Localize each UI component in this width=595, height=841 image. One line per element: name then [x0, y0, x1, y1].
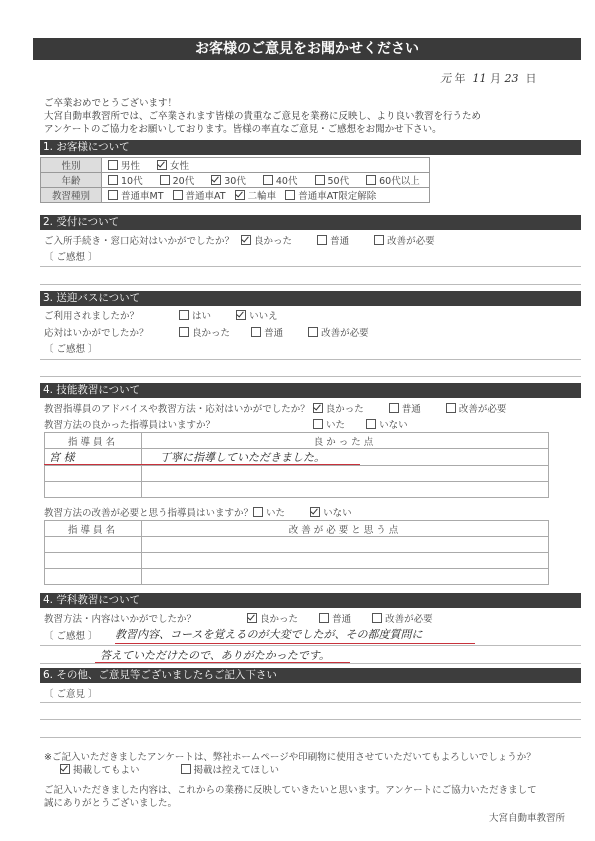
form-title: お客様のご意見をお聞かせください — [33, 38, 581, 60]
checkbox[interactable] — [366, 175, 376, 185]
shuttle-yes-option[interactable]: はい — [179, 308, 211, 322]
col-good-point: 良かった点 — [142, 433, 549, 449]
classroom-comment-line1[interactable]: 教習内容、コースを覚えるのが大変でしたが、その都度質問に — [115, 626, 422, 642]
thanks-text: ご記入いただきました内容は、これからの業務に反映していきたいと思います。アンケー… — [44, 784, 537, 810]
col-instructor-name: 指導員名 — [45, 433, 142, 449]
option-label: 普通車AT限定解除 — [298, 191, 376, 202]
intro-line: アンケートのご協力をお願いしております。皆様の率直なご意見・ご感想をお聞かせ下さ… — [44, 123, 481, 136]
shuttle-service-row: 応対はいかがでしたか？ 良かった 普通 改善が必要 — [44, 325, 383, 339]
practical-normal-option[interactable]: 普通 — [389, 401, 421, 415]
checkbox[interactable] — [308, 327, 318, 337]
age-10s-option[interactable]: 10代 — [108, 173, 143, 187]
classroom-improve-option[interactable]: 改善が必要 — [372, 611, 433, 625]
checkbox-checked[interactable] — [247, 613, 257, 623]
section-customer-heading: 1. お客様について — [40, 140, 581, 155]
option-label: 二輪車 — [248, 191, 277, 202]
reception-good-option[interactable]: 良かった — [241, 233, 292, 247]
course-motorcycle-option[interactable]: 二輪車 — [235, 188, 277, 202]
good-instructor-no-option[interactable]: いない — [366, 417, 408, 431]
comment-line[interactable] — [40, 702, 581, 703]
checkbox[interactable] — [372, 613, 382, 623]
option-label: いた — [326, 420, 345, 431]
practical-instructor-row: 教習指導員のアドバイスや教習方法・応対はいかがでしたか？ 良かった 普通 改善が… — [44, 401, 520, 415]
thanks-line: 誠にありがとうございました。 — [44, 797, 537, 810]
school-signature: 大宮自動車教習所 — [489, 812, 565, 825]
option-label: 良かった — [254, 236, 292, 247]
date-month: 11 — [473, 72, 487, 85]
question-text: 教習方法の良かった指導員はいますか？ — [44, 417, 310, 431]
shuttle-comment-label: 〔 ご感想 〕 — [44, 341, 98, 355]
age-50s-option[interactable]: 50代 — [315, 173, 350, 187]
year-label: 年 — [455, 72, 466, 85]
bad-instructor-table: 指導員名 改善が必要と思う点 — [44, 520, 549, 585]
checkbox[interactable] — [285, 190, 295, 200]
checkbox[interactable] — [251, 327, 261, 337]
checkbox-checked[interactable] — [211, 175, 221, 185]
comment-line[interactable] — [40, 376, 581, 377]
option-label: 50代 — [328, 176, 350, 187]
section-classroom-heading: 4. 学科教習について — [40, 593, 581, 608]
checkbox[interactable] — [253, 507, 263, 517]
classroom-question-row: 教習方法・内容はいかがでしたか？ 良かった 普通 改善が必要 — [44, 611, 447, 625]
comment-line[interactable] — [40, 719, 581, 720]
checkbox[interactable] — [179, 310, 189, 320]
improve-point-cell[interactable] — [142, 569, 549, 585]
customer-info-table: 性別 男性 女性 年齢 10代 20代 30代 40代 50代 60代以上 教習… — [40, 157, 430, 203]
checkbox-checked[interactable] — [310, 507, 320, 517]
instructor-name-cell[interactable]: 宮 様 — [45, 449, 142, 466]
option-label: 60代以上 — [379, 176, 420, 187]
option-label: 掲載してもよい — [73, 765, 140, 776]
course-at-option[interactable]: 普通車AT — [173, 188, 226, 202]
option-label: 良かった — [260, 614, 298, 625]
option-label: 良かった — [192, 328, 230, 339]
option-label: 20代 — [173, 176, 195, 187]
checkbox[interactable] — [179, 327, 189, 337]
comment-line[interactable] — [40, 663, 581, 664]
option-label: 30代 — [224, 176, 246, 187]
checkbox[interactable] — [173, 190, 183, 200]
age-60plus-option[interactable]: 60代以上 — [366, 173, 420, 187]
gender-male-option[interactable]: 男性 — [108, 158, 140, 172]
shuttle-improve-option[interactable]: 改善が必要 — [308, 325, 369, 339]
checkbox[interactable] — [181, 764, 191, 774]
col-instructor-name: 指導員名 — [45, 521, 142, 537]
option-label: 改善が必要 — [385, 614, 433, 625]
checkbox[interactable] — [317, 235, 327, 245]
bad-instructor-yes-option[interactable]: いた — [253, 505, 285, 519]
shuttle-normal-option[interactable]: 普通 — [251, 325, 283, 339]
good-instructor-yes-option[interactable]: いた — [313, 417, 345, 431]
checkbox-checked[interactable] — [235, 190, 245, 200]
section-other-heading: 6. その他、ご意見等ございましたらご記入下さい — [40, 668, 581, 683]
comment-line[interactable] — [40, 645, 581, 646]
shuttle-no-option[interactable]: いいえ — [236, 308, 278, 322]
checkbox-checked[interactable] — [313, 403, 323, 413]
day-label: 日 — [526, 72, 537, 85]
checkbox-checked[interactable] — [241, 235, 251, 245]
question-text: 教習方法の改善が必要と思う指導員はいますか？ — [44, 505, 250, 519]
checkbox[interactable] — [160, 175, 170, 185]
publish-allowed-option[interactable]: 掲載してもよい — [60, 764, 140, 777]
question-text: 応対はいかがでしたか？ — [44, 325, 176, 339]
other-comment-label: 〔 ご意見 〕 — [44, 686, 98, 700]
reception-question-row: ご入所手続き・窓口応対はいかがでしたか？ 良かった 普通 改善が必要 — [44, 233, 449, 247]
checkbox[interactable] — [315, 175, 325, 185]
instructor-name-cell[interactable] — [45, 482, 142, 498]
question-text: 教習方法・内容はいかがでしたか？ — [44, 611, 244, 625]
red-underline — [115, 643, 475, 644]
good-point-cell[interactable]: 丁寧に指導していただきました。 — [142, 449, 549, 466]
age-20s-option[interactable]: 20代 — [160, 173, 195, 187]
reception-improve-option[interactable]: 改善が必要 — [374, 233, 435, 247]
checkbox[interactable] — [313, 419, 323, 429]
comment-line[interactable] — [40, 737, 581, 738]
classroom-comment-line2[interactable]: 答えていただけたので、ありがたかったです。 — [100, 647, 330, 663]
intro-text: ご卒業おめでとうございます！ 大宮自動車教習所では、ご卒業されます皆様の貴重なご… — [44, 97, 481, 136]
option-label: 40代 — [276, 176, 298, 187]
option-label: 普通 — [330, 236, 349, 247]
red-underline — [44, 464, 360, 465]
good-instructor-row: 教習方法の良かった指導員はいますか？ いた いない — [44, 417, 422, 431]
classroom-normal-option[interactable]: 普通 — [319, 611, 351, 625]
publish-permission-row: 掲載してもよい 掲載は控えてほしい — [60, 764, 293, 777]
option-label: 掲載は控えてほしい — [194, 765, 280, 776]
option-label: 女性 — [170, 161, 189, 172]
instructor-name-cell[interactable] — [45, 466, 142, 482]
thanks-line: ご記入いただきました内容は、これからの業務に反映していきたいと思います。アンケー… — [44, 784, 537, 797]
checkbox[interactable] — [319, 613, 329, 623]
instructor-name-cell[interactable] — [45, 553, 142, 569]
instructor-name-cell[interactable] — [45, 569, 142, 585]
publish-permission-question: ※ご記入いただきましたアンケートは、弊社ホームページや印刷物に使用させていただい… — [44, 751, 536, 764]
age-30s-option[interactable]: 30代 — [211, 173, 246, 187]
improve-point-cell[interactable] — [142, 553, 549, 569]
intro-line: 大宮自動車教習所では、ご卒業されます皆様の貴重なご意見を業務に反映し、より良い教… — [44, 110, 481, 123]
date-field[interactable]: 元 年 11 月 23 日 — [440, 70, 537, 86]
option-label: 良かった — [326, 404, 364, 415]
good-point-cell[interactable] — [142, 466, 549, 482]
checkbox[interactable] — [366, 419, 376, 429]
reception-normal-option[interactable]: 普通 — [317, 233, 349, 247]
classroom-good-option[interactable]: 良かった — [247, 611, 298, 625]
checkbox[interactable] — [374, 235, 384, 245]
section-reception-heading: 2. 受付について — [40, 215, 581, 230]
checkbox[interactable] — [446, 403, 456, 413]
question-text: ご入所手続き・窓口応対はいかがでしたか？ — [44, 236, 234, 247]
comment-line[interactable] — [40, 359, 581, 360]
bad-instructor-row: 教習方法の改善が必要と思う指導員はいますか？ いた いない — [44, 505, 366, 519]
shuttle-good-option[interactable]: 良かった — [179, 325, 230, 339]
option-label: 改善が必要 — [459, 404, 507, 415]
option-label: 普通車MT — [121, 191, 164, 202]
option-label: いいえ — [249, 311, 278, 322]
option-label: 改善が必要 — [387, 236, 435, 247]
age-label: 年齢 — [41, 173, 102, 188]
improve-point-cell[interactable] — [142, 537, 549, 553]
month-label: 月 — [490, 72, 501, 85]
bad-instructor-no-option[interactable]: いない — [310, 505, 352, 519]
option-label: 普通車AT — [186, 191, 226, 202]
col-improve-point: 改善が必要と思う点 — [142, 521, 549, 537]
section-shuttle-heading: 3. 送迎バスについて — [40, 291, 581, 306]
date-day: 23 — [505, 72, 519, 85]
option-label: いない — [323, 508, 352, 519]
course-type-label: 教習種別 — [41, 188, 102, 203]
checkbox[interactable] — [263, 175, 273, 185]
option-label: はい — [192, 311, 211, 322]
checkbox-checked[interactable] — [157, 160, 167, 170]
instructor-name-cell[interactable] — [45, 537, 142, 553]
option-label: 普通 — [264, 328, 283, 339]
publish-declined-option[interactable]: 掲載は控えてほしい — [181, 764, 280, 777]
checkbox[interactable] — [108, 175, 118, 185]
date-year: 元 — [440, 72, 451, 85]
section-practical-heading: 4. 技能教習について — [40, 383, 581, 398]
question-text: ご利用されましたか？ — [44, 308, 176, 322]
comment-line[interactable] — [40, 266, 581, 267]
course-at-removal-option[interactable]: 普通車AT限定解除 — [285, 188, 376, 202]
option-label: いない — [379, 420, 408, 431]
option-label: いた — [266, 508, 285, 519]
checkbox[interactable] — [389, 403, 399, 413]
option-label: 男性 — [121, 161, 140, 172]
checkbox-checked[interactable] — [60, 764, 70, 774]
gender-female-option[interactable]: 女性 — [157, 158, 189, 172]
option-label: 普通 — [332, 614, 351, 625]
option-label: 普通 — [402, 404, 421, 415]
practical-good-option[interactable]: 良かった — [313, 401, 364, 415]
course-mt-option[interactable]: 普通車MT — [108, 188, 164, 202]
comment-line[interactable] — [40, 284, 581, 285]
age-40s-option[interactable]: 40代 — [263, 173, 298, 187]
shuttle-used-row: ご利用されましたか？ はい いいえ — [44, 308, 292, 322]
checkbox-checked[interactable] — [236, 310, 246, 320]
classroom-comment-label: 〔 ご感想 〕 — [44, 628, 98, 642]
good-point-cell[interactable] — [142, 482, 549, 498]
option-label: 10代 — [121, 176, 143, 187]
checkbox[interactable] — [108, 160, 118, 170]
intro-line: ご卒業おめでとうございます！ — [44, 97, 481, 110]
reception-comment-label: 〔 ご感想 〕 — [44, 249, 98, 263]
checkbox[interactable] — [108, 190, 118, 200]
option-label: 改善が必要 — [321, 328, 369, 339]
good-instructor-table: 指導員名 良かった点 宮 様 丁寧に指導していただきました。 — [44, 432, 549, 498]
question-text: 教習指導員のアドバイスや教習方法・応対はいかがでしたか？ — [44, 404, 310, 415]
gender-label: 性別 — [41, 158, 102, 173]
practical-improve-option[interactable]: 改善が必要 — [446, 401, 507, 415]
